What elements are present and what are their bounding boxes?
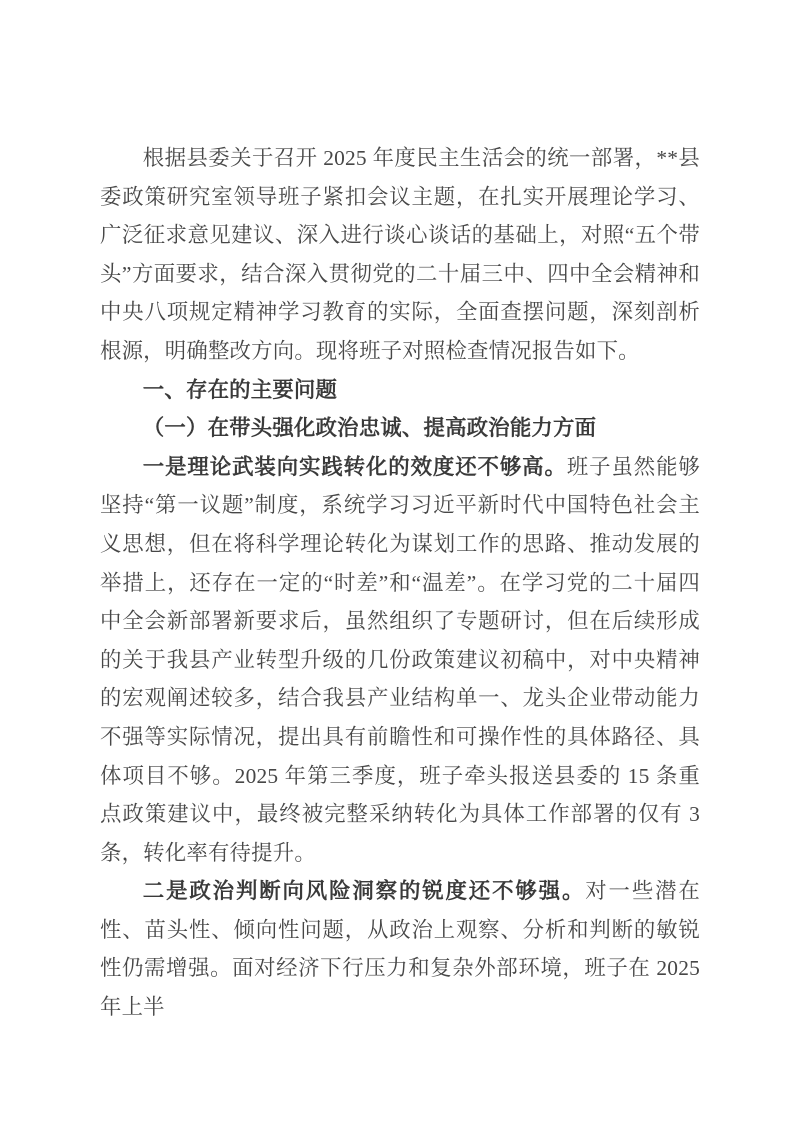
point-1-body-text: 班子虽然能够坚持“第一议题”制度，系统学习习近平新时代中国特色社会主义思想，但在… [100,455,700,865]
section-heading-main-problems: 一、存在的主要问题 [100,371,700,410]
point-2-paragraph: 二是政治判断向风险洞察的锐度还不够强。对一些潜在性、苗头性、倾向性问题，从政治上… [100,872,700,1026]
point-1-paragraph: 一是理论武装向实践转化的效度还不够高。班子虽然能够坚持“第一议题”制度，系统学习… [100,448,700,873]
intro-paragraph: 根据县委关于召开 2025 年度民主生活会的统一部署，**县委政策研究室领导班子… [100,139,700,371]
document-content: 根据县委关于召开 2025 年度民主生活会的统一部署，**县委政策研究室领导班子… [100,139,700,1027]
subsection-heading-political-loyalty: （一）在带头强化政治忠诚、提高政治能力方面 [100,409,700,448]
point-2-lead-sentence: 二是政治判断向风险洞察的锐度还不够强。 [143,879,585,903]
document-page: 根据县委关于召开 2025 年度民主生活会的统一部署，**县委政策研究室领导班子… [0,0,793,1122]
point-1-lead-sentence: 一是理论武装向实践转化的效度还不够高。 [143,455,567,479]
